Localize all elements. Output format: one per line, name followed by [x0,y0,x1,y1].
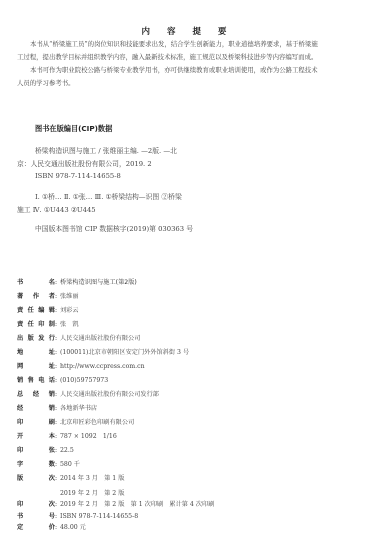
colophon-row-retail: 经销:各地新华书店 [17,404,97,414]
colophon-row-author: 著作者:张维丽 [17,292,79,302]
colophon-row-website: 网址:http://www.ccpress.com.cn [17,362,145,372]
colophon-row-edition: 版次:2014 年 3 月 第 1 版 [17,474,124,484]
colophon-row-format: 开本:787 × 1092 1/16 [17,432,117,442]
colophon-row-impression: 印次:2019 年 2 月 第 2 版 第 1 次印刷 累计第 4 次印刷 [17,500,214,510]
website-link[interactable]: http://www.ccpress.com.cn [60,363,145,370]
colophon-row-print-supervisor: 责任印制:张 凯 [17,320,79,330]
colophon-row-sheets: 印张:22.5 [17,446,74,456]
colophon-row-isbn: 书号:ISBN 978-7-114-14655-8 [17,512,138,522]
colophon-row-title: 书名:桥梁构造识图与施工(第2版) [17,278,137,288]
colophon-row-printer: 印刷:北京印匠彩色印刷有限公司 [17,418,134,428]
cip-line: 施工 Ⅳ. ①U443 ②U445 [17,204,96,214]
summary-line: 工过程，提出教学目标并组织教学内容，融入最新技术标准，施工规范以及桥梁科技进步等… [17,51,317,64]
cip-line: Ⅰ. ①桥… Ⅱ. ①张… Ⅲ. ①桥梁结构—识图 ②桥梁 [35,191,182,201]
colophon-row-address: 地址:(100011)北京市朝阳区安定门外外馆斜街 3 号 [17,348,189,358]
colophon-row-price: 定价:48.00 元 [17,523,86,533]
cip-line: 桥梁构造识图与施工 / 张维丽主编. —2版. —北 [35,145,177,155]
colophon-row-distributor: 总经销:人民交通出版社股份有限公司发行部 [17,390,159,400]
colophon-row-editor: 责任编辑:刘彩云 [17,306,79,316]
cip-heading: 图书在版编目(CIP)数据 [35,124,112,134]
summary-line: 本书可作为职业院校公路与桥梁专业教学用书，亦可供继续教育或职业培训使用，或作为公… [30,64,318,77]
colophon-row-sales-phone: 销售电话:(010)59757973 [17,376,108,386]
summary-line: 本书从“桥梁施工员”的岗位知识和技能要求出发，结合学生创新能力，职业道德培养要求… [30,38,318,51]
colophon-row-word-count: 字数:580 千 [17,460,80,470]
colophon-row-edition-2: 2019 年 2 月 第 2 版 [60,488,124,497]
cip-line: 京：人民交通出版社股份有限公司，2019. 2 [17,158,152,168]
cip-isbn: ISBN 978-7-114-14655-8 [35,172,121,180]
colophon-row-publisher: 出版发行:人民交通出版社股份有限公司 [17,334,140,344]
summary-line: 人员的学习参考书。 [17,77,75,90]
cip-record: 中国版本图书馆 CIP 数据核字(2019)第 030363 号 [35,223,193,233]
summary-title: 内 容 提 要 [0,25,375,37]
